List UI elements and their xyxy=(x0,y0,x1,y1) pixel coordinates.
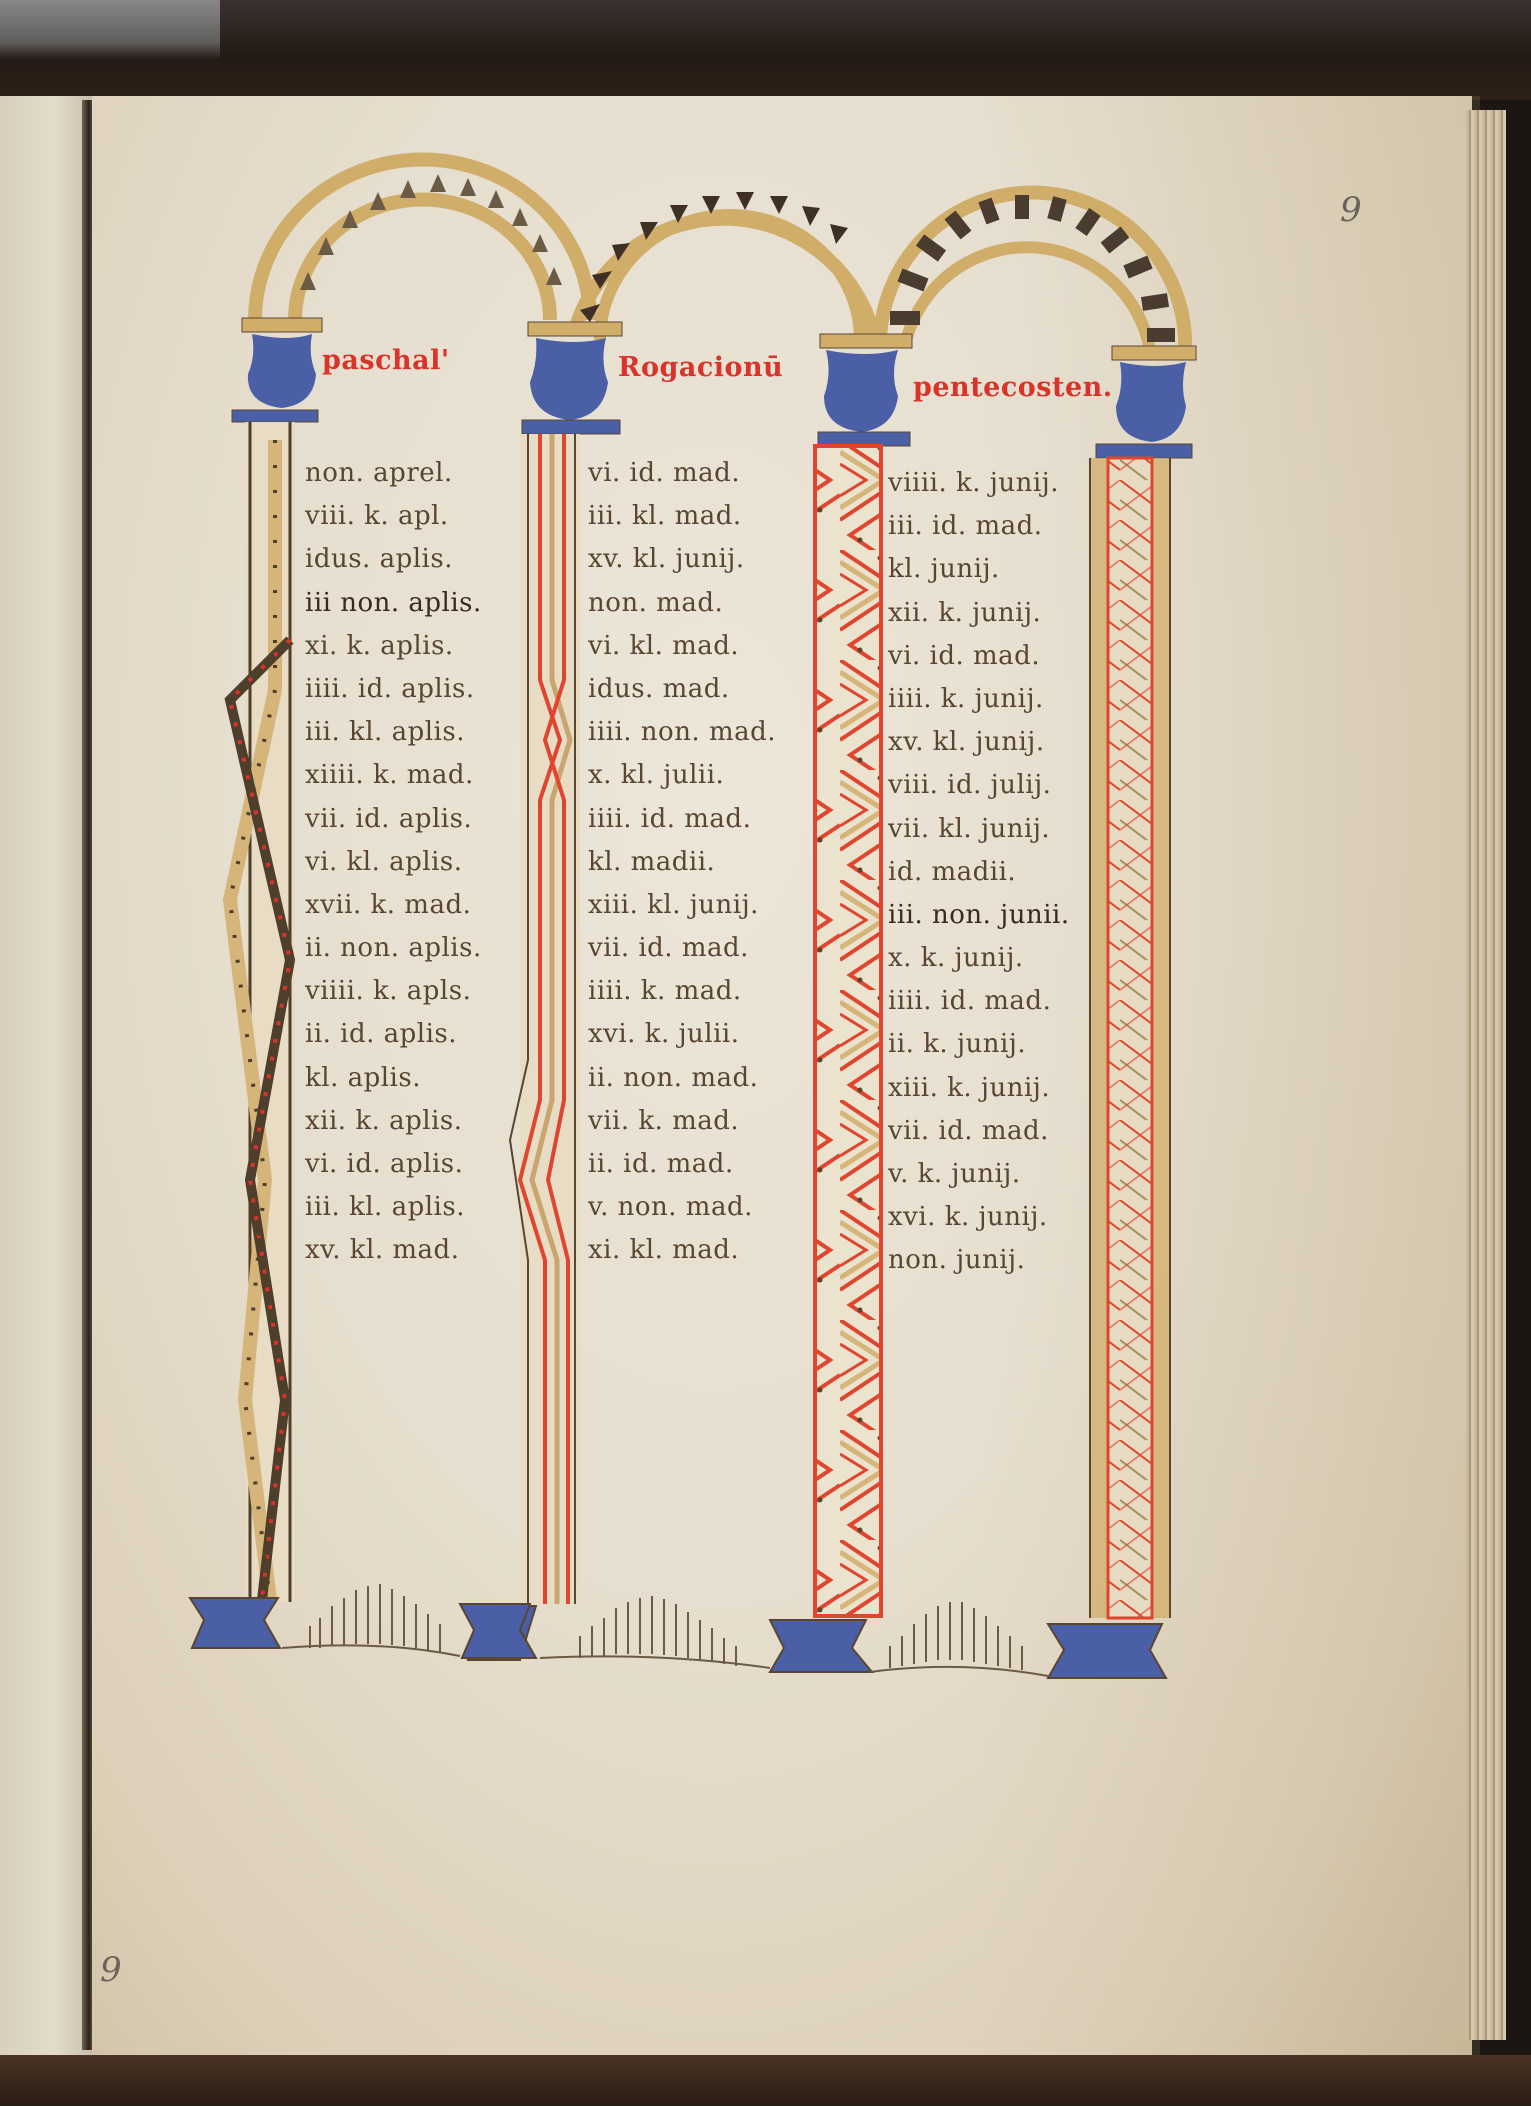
list-item: idus. mad. xyxy=(588,668,776,711)
list-item: vii. id. aplis. xyxy=(305,798,482,841)
list-item: iii. id. mad. xyxy=(888,505,1070,548)
list-item: xii. k. junij. xyxy=(888,592,1070,635)
list-item: non. junij. xyxy=(888,1239,1070,1282)
list-item: kl. aplis. xyxy=(305,1057,482,1100)
list-item: viiii. k. junij. xyxy=(888,462,1070,505)
list-item: x. k. junij. xyxy=(888,937,1070,980)
book-binding-top xyxy=(0,0,1531,100)
list-item: kl. junij. xyxy=(888,548,1070,591)
list-item: xi. k. aplis. xyxy=(305,625,482,668)
list-item: iiii. id. mad. xyxy=(588,798,776,841)
list-item: xiii. kl. junij. xyxy=(588,884,776,927)
book-binding-bottom xyxy=(0,2055,1531,2106)
list-item: non. mad. xyxy=(588,582,776,625)
list-item: id. madii. xyxy=(888,851,1070,894)
list-item: xiiii. k. mad. xyxy=(305,754,482,797)
list-item: ii. k. junij. xyxy=(888,1023,1070,1066)
list-item: iiii. non. mad. xyxy=(588,711,776,754)
list-item: vii. kl. junij. xyxy=(888,808,1070,851)
list-item: iii. non. junii. xyxy=(888,894,1070,937)
list-item: xvii. k. mad. xyxy=(305,884,482,927)
list-item: xv. kl. mad. xyxy=(305,1229,482,1272)
list-item: iii non. aplis. xyxy=(305,582,482,625)
list-item: iii. kl. mad. xyxy=(588,495,776,538)
list-item: xiii. k. junij. xyxy=(888,1067,1070,1110)
list-item: iiii. id. aplis. xyxy=(305,668,482,711)
page-stack-edge xyxy=(1466,110,1506,2040)
heading-pentecosten: pentecosten. xyxy=(913,372,1113,403)
list-item: ii. non. aplis. xyxy=(305,927,482,970)
folio-number-bottom: 9 xyxy=(100,1950,122,1990)
list-item: idus. aplis. xyxy=(305,538,482,581)
list-item: ii. non. mad. xyxy=(588,1057,776,1100)
folio-number-top: 9 xyxy=(1340,190,1362,230)
list-item: iii. kl. aplis. xyxy=(305,1186,482,1229)
list-item: iii. kl. aplis. xyxy=(305,711,482,754)
list-item: vii. id. mad. xyxy=(588,927,776,970)
heading-rogacionum: Rogacionū xyxy=(618,352,783,383)
list-item: vi. kl. aplis. xyxy=(305,841,482,884)
list-item: vii. k. mad. xyxy=(588,1100,776,1143)
column-paschal-entries: non. aprel. viii. k. apl. idus. aplis. i… xyxy=(305,452,482,1273)
left-page-edge xyxy=(0,96,92,2056)
list-item: v. non. mad. xyxy=(588,1186,776,1229)
list-item: iiii. id. mad. xyxy=(888,980,1070,1023)
list-item: xii. k. aplis. xyxy=(305,1100,482,1143)
list-item: xv. kl. junij. xyxy=(588,538,776,581)
list-item: kl. madii. xyxy=(588,841,776,884)
list-item: vi. id. mad. xyxy=(588,452,776,495)
list-item: xi. kl. mad. xyxy=(588,1229,776,1272)
list-item: ii. id. mad. xyxy=(588,1143,776,1186)
list-item: vii. id. mad. xyxy=(888,1110,1070,1153)
list-item: xvi. k. julii. xyxy=(588,1013,776,1056)
list-item: vi. kl. mad. xyxy=(588,625,776,668)
list-item: viiii. k. apls. xyxy=(305,970,482,1013)
list-item: iiii. k. junij. xyxy=(888,678,1070,721)
column-pentecosten-entries: viiii. k. junij. iii. id. mad. kl. junij… xyxy=(888,462,1070,1283)
list-item: viii. id. julij. xyxy=(888,764,1070,807)
list-item: xvi. k. junij. xyxy=(888,1196,1070,1239)
column-rogacionum-entries: vi. id. mad. iii. kl. mad. xv. kl. junij… xyxy=(588,452,776,1273)
list-item: x. kl. julii. xyxy=(588,754,776,797)
list-item: vi. id. aplis. xyxy=(305,1143,482,1186)
list-item: iiii. k. mad. xyxy=(588,970,776,1013)
list-item: vi. id. mad. xyxy=(888,635,1070,678)
list-item: v. k. junij. xyxy=(888,1153,1070,1196)
list-item: viii. k. apl. xyxy=(305,495,482,538)
heading-paschal: paschal' xyxy=(322,345,450,376)
list-item: xv. kl. junij. xyxy=(888,721,1070,764)
list-item: non. aprel. xyxy=(305,452,482,495)
list-item: ii. id. aplis. xyxy=(305,1013,482,1056)
